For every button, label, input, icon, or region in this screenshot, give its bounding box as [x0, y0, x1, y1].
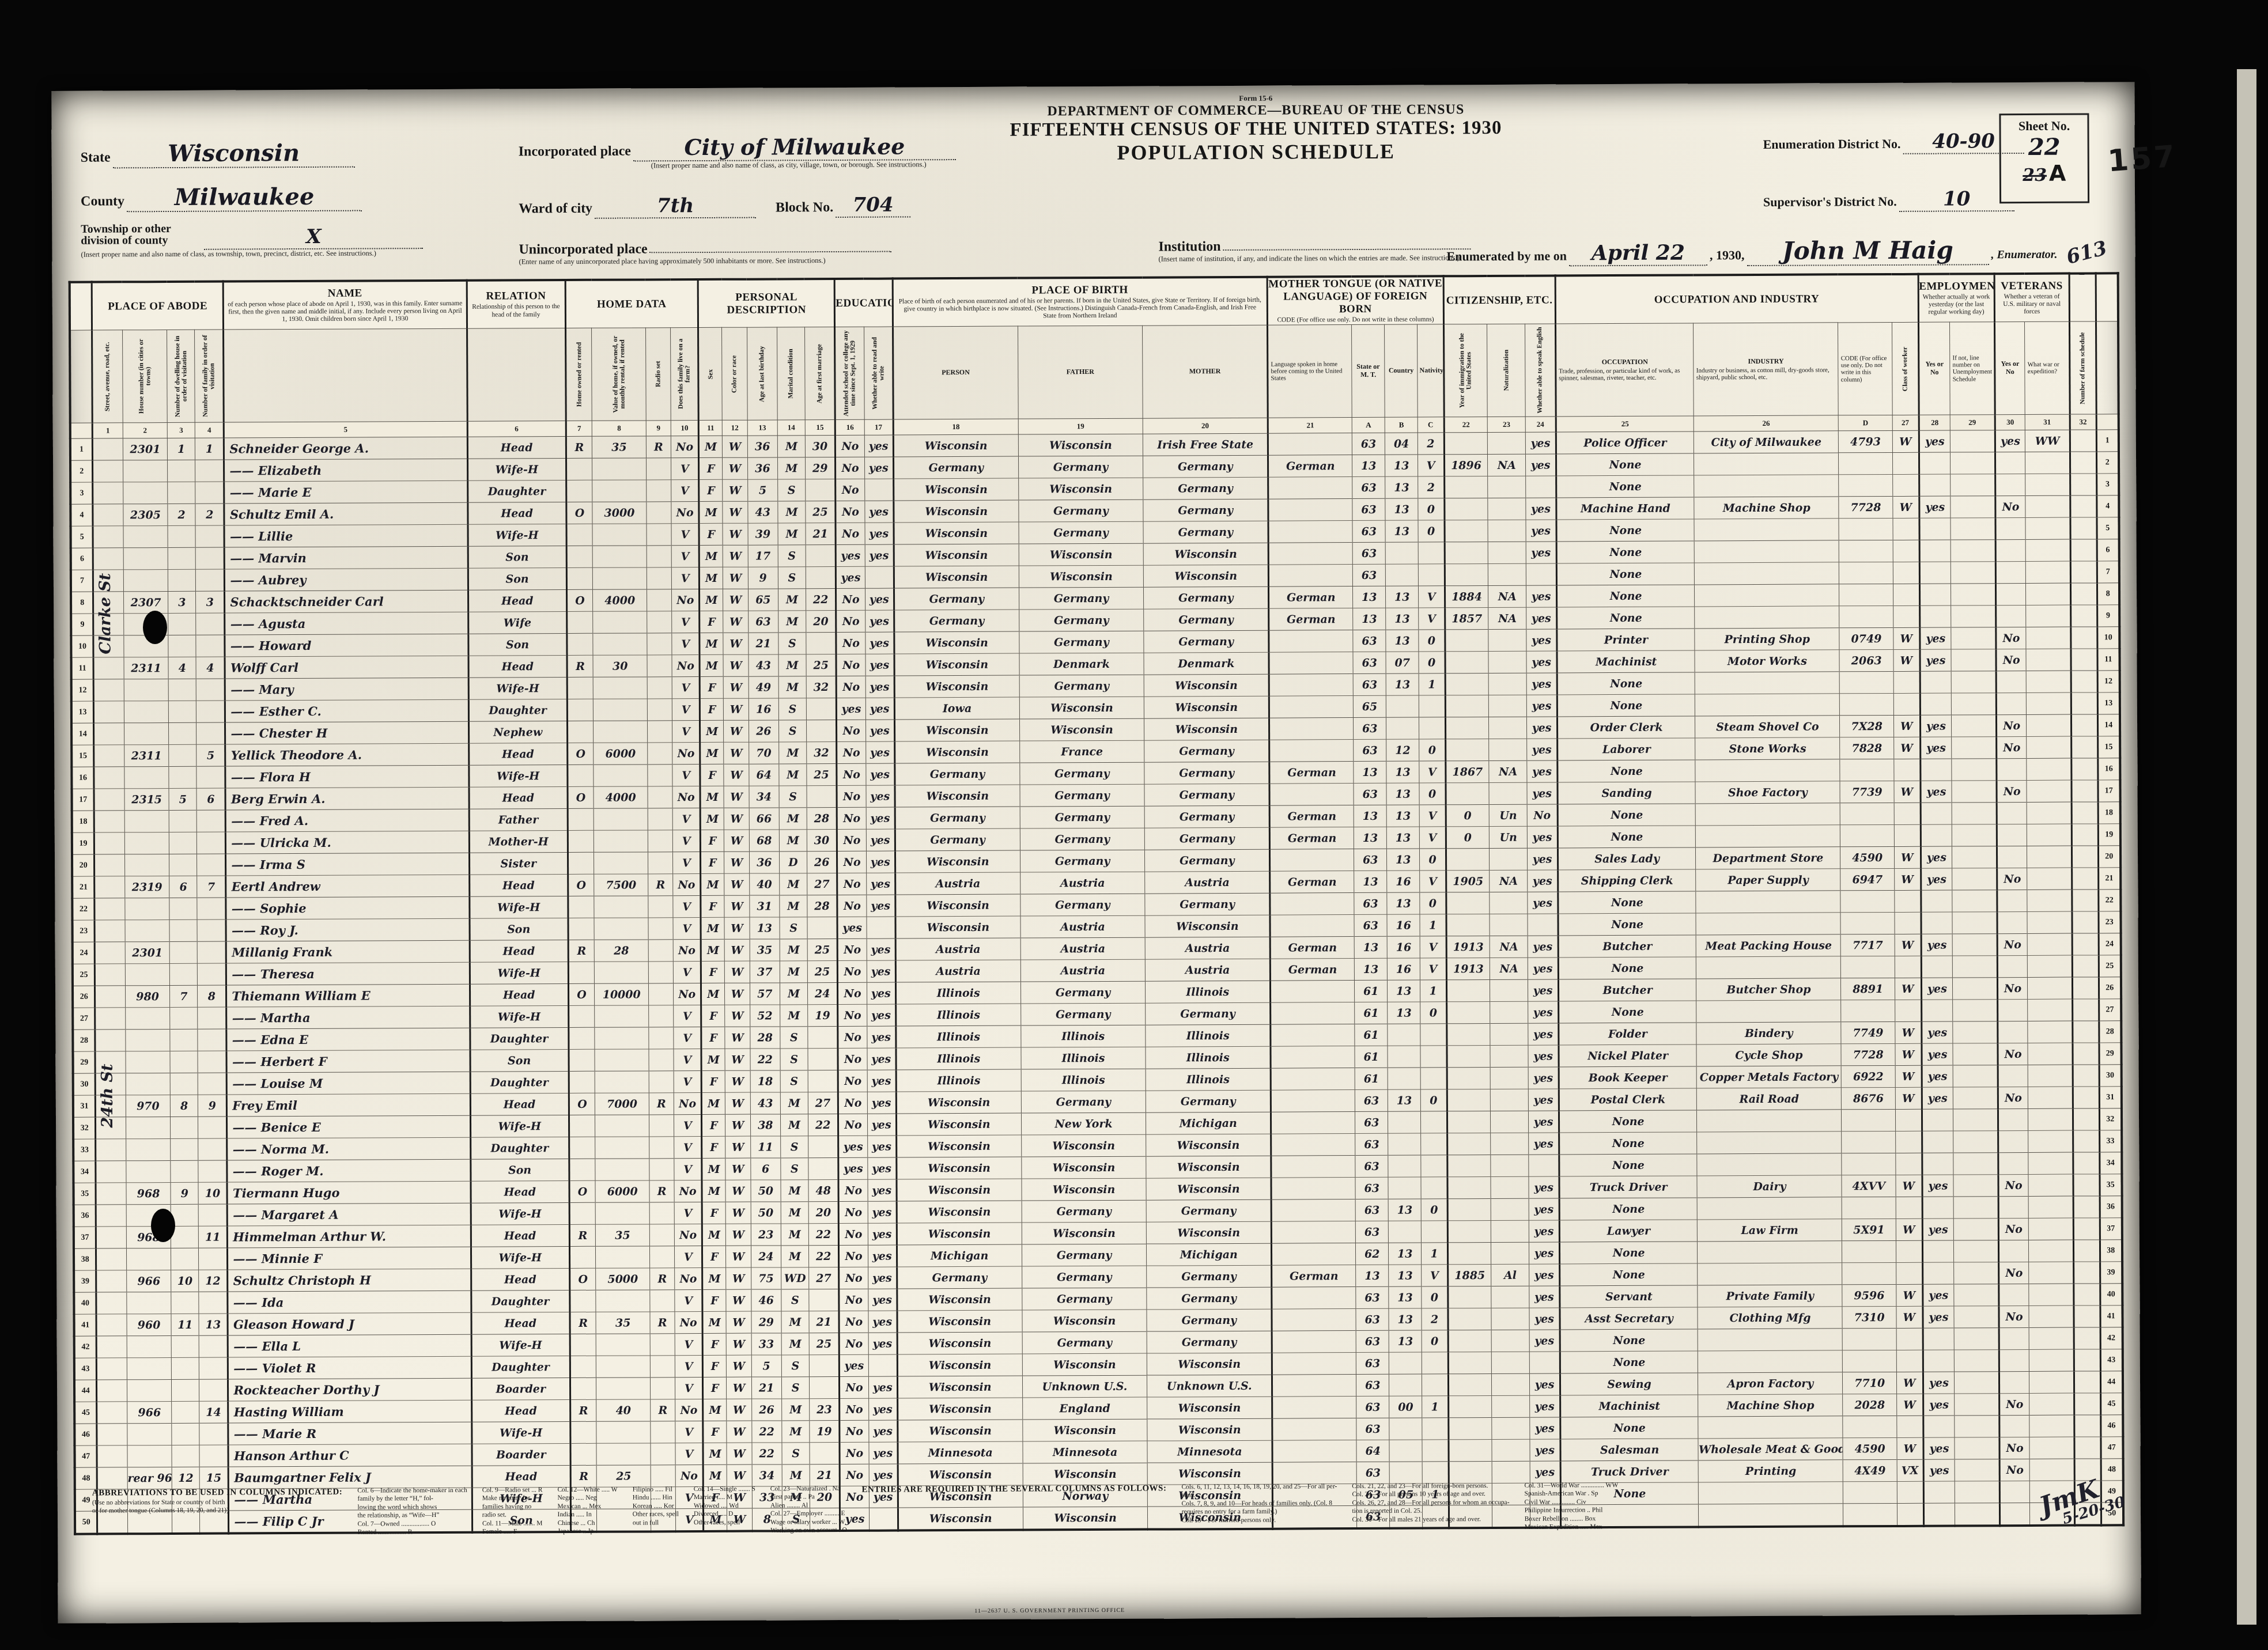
cell: W: [725, 983, 750, 1005]
cell: 13: [1385, 520, 1418, 542]
cell: [1893, 518, 1919, 540]
cell: [126, 1117, 171, 1139]
cell: No: [1997, 868, 2027, 890]
line-number-cell: 37: [74, 1227, 96, 1248]
cell: 2: [1418, 433, 1445, 455]
cell: [1923, 1350, 1955, 1372]
cell: 8: [171, 1095, 198, 1117]
cell: W: [724, 786, 749, 808]
cell: [1922, 1240, 1954, 1262]
column-number: 26: [1694, 415, 1839, 432]
column-number: 32: [2070, 414, 2096, 430]
cell: W: [725, 1092, 751, 1114]
cell: 12: [199, 1270, 228, 1292]
cell: Germany: [1022, 1244, 1147, 1266]
line-number-cell: 20: [72, 854, 94, 876]
cell: Daughter: [467, 480, 566, 503]
cell: [97, 1358, 127, 1380]
cell: [1997, 956, 2028, 978]
column-header: Attended school or college any time sinc…: [835, 327, 864, 419]
cell: [595, 1137, 649, 1159]
cell: [1843, 1416, 1897, 1438]
cell: [2025, 495, 2070, 517]
cell: [1272, 1440, 1356, 1463]
cell: [1896, 1153, 1922, 1175]
gpo-imprint: 11—2637 U. S. GOVERNMENT PRINTING OFFICE: [974, 1607, 1125, 1614]
cell: [568, 765, 594, 787]
cell: [1489, 782, 1527, 804]
cell: 4: [168, 657, 196, 679]
cell: [1696, 913, 1840, 935]
cell: [1492, 1461, 1530, 1483]
cell: 1857: [1445, 608, 1488, 630]
cell: M: [700, 589, 723, 611]
cell: No: [836, 588, 865, 610]
cell: [1999, 1350, 2029, 1372]
line-number-cell: 41: [2100, 1305, 2122, 1327]
cell: —— Ida: [228, 1291, 471, 1314]
cell: Head: [467, 502, 566, 525]
cell: [124, 767, 169, 789]
cell: [1445, 564, 1488, 586]
cell: W: [727, 1464, 752, 1486]
cell: 3: [196, 591, 225, 613]
cell: 9: [171, 1183, 198, 1205]
cell: [1999, 1328, 2029, 1350]
cell: 68: [749, 830, 780, 852]
cell: —— Ulricka M.: [226, 831, 469, 854]
cell: [596, 1334, 650, 1356]
cell: 63: [1352, 521, 1385, 543]
cell: [195, 525, 224, 547]
line-number-cell: 18: [2098, 802, 2120, 824]
cell: No: [675, 1399, 703, 1421]
cell: [1951, 649, 1996, 671]
cell: [651, 1443, 676, 1465]
column-number: 29: [1950, 415, 1995, 430]
cell: [2025, 452, 2070, 474]
cell: Germany: [1144, 784, 1269, 806]
cell: yes: [865, 698, 894, 720]
cell: [1447, 1024, 1490, 1046]
cell: [1951, 562, 1996, 584]
cell: 63: [1354, 740, 1386, 762]
cell: [124, 723, 169, 745]
cell: No: [672, 743, 700, 765]
cell: [568, 918, 595, 940]
legend-line: Col. 27—Employer ......... E: [770, 1509, 847, 1518]
cell: [2074, 1284, 2100, 1305]
cell: yes: [1528, 826, 1558, 848]
cell: [647, 721, 672, 743]
cell: W: [724, 720, 749, 742]
cell: Germany: [1147, 1265, 1272, 1288]
cell: M: [780, 961, 807, 983]
cell: [647, 677, 672, 699]
cell: F: [701, 962, 724, 983]
cell: [1840, 913, 1895, 934]
cell: [650, 1334, 675, 1356]
enumeration-district-label: Enumeration District No.: [1763, 137, 1901, 152]
cell: Al: [1491, 1264, 1529, 1286]
supervisor-district-field: Supervisor's District No. 10: [1763, 187, 2014, 213]
cell: Wisconsin: [1147, 1397, 1272, 1419]
cell: [595, 1005, 649, 1027]
cell: [1952, 868, 1997, 890]
cell: [1842, 1153, 1896, 1175]
line-number-cell: 37: [2100, 1218, 2122, 1240]
cell: 23: [810, 1399, 840, 1421]
cell: 13: [1386, 761, 1419, 783]
cell: [1894, 824, 1921, 846]
cell: [1895, 1000, 1922, 1021]
cell: V: [1419, 805, 1446, 827]
cell: 13: [1354, 959, 1387, 981]
cell: R: [649, 1093, 674, 1115]
cell: [2073, 1087, 2099, 1108]
line-number-cell: 35: [73, 1183, 96, 1205]
cell: 6000: [594, 743, 648, 765]
cell: NA: [1488, 607, 1526, 629]
cell: yes: [866, 895, 895, 917]
cell: 2315: [124, 789, 169, 811]
cell: [569, 1050, 595, 1072]
cell: [2029, 1393, 2074, 1415]
cell: [1697, 1110, 1842, 1132]
cell: M: [782, 1399, 810, 1421]
cell: [648, 830, 673, 852]
cell: [1954, 1262, 1999, 1284]
cell: 2: [168, 504, 195, 526]
cell: [197, 919, 226, 941]
cell: O: [569, 1181, 596, 1203]
cell: [169, 701, 196, 723]
cell: —— Martha: [226, 1006, 470, 1029]
column-number: 17: [864, 419, 893, 435]
cell: [2070, 583, 2097, 605]
cell: yes: [865, 588, 894, 610]
cell: [1445, 717, 1488, 739]
cell: 1: [1419, 673, 1445, 695]
cell: [1491, 1111, 1529, 1133]
cell: [595, 1049, 649, 1071]
cell: [1895, 956, 1921, 978]
page-stamp: 157: [2107, 139, 2179, 179]
column-number: 13: [747, 420, 778, 436]
cell: Mother-H: [469, 831, 568, 853]
cell: 28: [807, 808, 837, 830]
cell: [593, 633, 647, 655]
cell: M: [701, 918, 724, 940]
cell: [199, 1248, 228, 1270]
cell: Illinois: [1146, 1024, 1271, 1047]
cell: [1698, 1416, 1843, 1439]
cell: No: [671, 436, 699, 458]
legend-line: Col. 11—Male ....... M: [482, 1519, 543, 1528]
cell: Eertl Andrew: [226, 875, 469, 898]
cell: [809, 1377, 840, 1399]
line-number-cell: 38: [74, 1248, 96, 1270]
enumeration-date: April 22: [1592, 241, 1685, 266]
cell: V: [675, 1443, 703, 1465]
line-number-cell: 30: [73, 1073, 96, 1095]
cell: Germany: [1022, 1288, 1147, 1310]
cell: yes: [864, 501, 893, 523]
legend-title: ABBREVIATIONS TO BE USED IN COLUMNS INDI…: [92, 1487, 343, 1499]
column-header: Naturalization: [1487, 324, 1526, 417]
cell: [1919, 474, 1951, 496]
cell: No: [1996, 649, 2027, 671]
cell: yes: [1530, 1439, 1560, 1461]
cell: 16: [1387, 914, 1420, 936]
line-number-cell: 30: [2099, 1065, 2122, 1087]
cell: [2072, 780, 2098, 802]
cell: yes: [1530, 1395, 1560, 1417]
cell: 40: [596, 1399, 651, 1421]
cell: O: [567, 743, 594, 765]
cell: yes: [1923, 1437, 1955, 1459]
cell: No: [1996, 737, 2027, 759]
legend-line: Boxer Rebellion ........ Box: [1525, 1515, 1619, 1523]
cell: 32: [806, 676, 837, 698]
cell: yes: [1528, 979, 1559, 1001]
cell: [1695, 562, 1839, 585]
cell: 968: [126, 1183, 171, 1205]
cell: No: [673, 940, 701, 962]
cell: [199, 1357, 228, 1379]
cell: 16: [1387, 958, 1420, 980]
cell: [1951, 496, 1995, 518]
cell: Daughter: [470, 1137, 569, 1160]
cell: [172, 1380, 199, 1402]
line-number-cell: 13: [71, 701, 94, 723]
cell: Wisconsin: [1147, 1418, 1272, 1441]
cell: Austria: [1020, 937, 1146, 960]
cell: [198, 1073, 226, 1095]
cell: yes: [867, 1026, 895, 1048]
cell: [197, 832, 226, 854]
cell: F: [702, 1290, 726, 1312]
legend-line: Wage or salary worker ... W: [770, 1517, 847, 1526]
cell: [170, 1008, 198, 1030]
cell: Shoe Factory: [1695, 781, 1840, 804]
cell: M: [700, 721, 724, 743]
cell: [2028, 999, 2073, 1021]
line-number-cell: 13: [2097, 692, 2120, 714]
cell: Illinois: [896, 1069, 1021, 1092]
legend-line: Hindu ...... Hin: [633, 1494, 679, 1503]
cell: yes: [1923, 1459, 1955, 1481]
cell: [649, 1071, 674, 1093]
cell: Germany: [1020, 784, 1145, 807]
cell: yes: [868, 1311, 897, 1333]
cell: [1421, 1221, 1447, 1243]
column-header: Home owned or rented: [565, 328, 592, 421]
cell: 35: [750, 939, 780, 961]
cell: [168, 548, 196, 570]
line-number-cell: 25: [73, 964, 95, 986]
cell: Wisconsin: [894, 500, 1019, 523]
column-number: 4: [195, 422, 224, 438]
cell: [649, 1159, 675, 1180]
column-number: 12: [722, 420, 747, 436]
cell: Illinois: [1021, 1047, 1146, 1069]
cell: 0: [1418, 520, 1445, 542]
column-header: OCCUPATIONTrade, profession, or particul…: [1555, 323, 1694, 417]
cell: —— Sophie: [226, 896, 469, 919]
line-number-cell: 46: [2100, 1415, 2123, 1437]
cell: Boarder: [471, 1378, 570, 1401]
cell: 35: [596, 1224, 650, 1246]
cell: 33: [751, 1333, 782, 1355]
cell: S: [780, 1027, 808, 1049]
cell: [1839, 562, 1893, 584]
cell: —— Agusta: [225, 612, 468, 635]
cell: [93, 438, 123, 460]
cell: Wisconsin: [893, 478, 1018, 501]
cell: [123, 460, 168, 482]
sheet-header: State Wisconsin County Milwaukee Townshi…: [74, 90, 2118, 277]
cell: [196, 613, 225, 635]
cell: [651, 1465, 676, 1487]
cell: F: [701, 1027, 725, 1049]
cell: [570, 1334, 596, 1356]
cell: [2072, 955, 2099, 977]
cell: M: [779, 808, 807, 830]
cell: [1272, 1462, 1356, 1485]
cell: Germany: [893, 456, 1018, 479]
cell: [199, 1335, 228, 1357]
cell: yes: [1919, 649, 1951, 671]
cell: [1389, 1462, 1422, 1484]
cell: [1998, 1197, 2029, 1218]
cell: [1388, 1068, 1420, 1089]
cell: yes: [1529, 1089, 1559, 1111]
cell: [1448, 1286, 1491, 1308]
cell: 18: [750, 1070, 781, 1092]
cell: F: [700, 765, 724, 786]
cell: 1913: [1446, 958, 1490, 980]
line-number-cell: 32: [2099, 1108, 2122, 1130]
cell: yes: [1526, 432, 1556, 454]
cell: [2072, 758, 2098, 780]
cell: [199, 1445, 228, 1467]
cell: No: [837, 829, 866, 851]
cell: Wisconsin: [1144, 674, 1269, 697]
cell: [647, 524, 672, 546]
cell: [2074, 1393, 2101, 1415]
cell: 13: [1385, 498, 1418, 520]
cell: [2026, 649, 2071, 671]
cell: V: [674, 1071, 701, 1093]
cell: [594, 830, 648, 852]
line-number-cell: 24: [73, 942, 95, 964]
cell: 21: [751, 1377, 782, 1399]
cell: [2027, 780, 2072, 802]
cell: WW: [2025, 430, 2070, 452]
cell: [593, 546, 647, 567]
cell: Police Officer: [1556, 432, 1694, 454]
cell: [169, 942, 197, 964]
cell: 24: [751, 1246, 781, 1267]
cell: Unknown U.S.: [1022, 1375, 1147, 1398]
column-header: House number (in cities or towns): [122, 330, 167, 423]
cell: R: [567, 656, 594, 678]
column-header: Yes or No: [1994, 322, 2025, 415]
cell: Wisconsin: [894, 653, 1019, 676]
cell: No: [838, 1070, 867, 1092]
cell: M: [782, 1421, 810, 1443]
legend-line: Indian ..... In: [558, 1511, 618, 1519]
column-header: [2096, 321, 2119, 414]
cell: 16: [1387, 936, 1420, 958]
cell: [595, 1071, 649, 1093]
cell: Austria: [1145, 937, 1270, 959]
cell: 63: [1355, 1090, 1388, 1112]
cell: Wisconsin: [897, 1179, 1022, 1201]
cell: F: [701, 896, 724, 918]
cell: W: [725, 1027, 750, 1049]
cell: [569, 1072, 595, 1093]
column-group: PLACE OF ABODE: [92, 282, 224, 331]
cell: No: [836, 435, 864, 457]
cell: [170, 964, 198, 986]
cell: [570, 1422, 597, 1444]
cell: [1271, 1199, 1355, 1222]
cell: 63: [1354, 893, 1387, 915]
cell: [647, 655, 672, 677]
cell: R: [569, 1225, 596, 1247]
cell: [172, 1358, 199, 1380]
line-number-cell: 23: [72, 920, 94, 942]
cell: V: [1420, 936, 1446, 958]
cell: [2074, 1437, 2101, 1459]
institution-field: Institution (Insert name of institution,…: [1158, 238, 1471, 263]
line-number-cell: 28: [73, 1030, 95, 1051]
cell: F: [701, 852, 724, 874]
cell: [1271, 1156, 1355, 1178]
cell: [1921, 956, 1953, 978]
cell: [1697, 1197, 1842, 1220]
line-number-cell: 2: [70, 460, 93, 482]
cell: Truck Driver: [1559, 1176, 1698, 1198]
cell: [649, 1202, 675, 1224]
cell: yes: [1528, 958, 1559, 979]
cell: [1491, 1330, 1529, 1352]
cell: 13: [1389, 1308, 1422, 1330]
cell: [1491, 1155, 1529, 1176]
cell: [1997, 759, 2027, 781]
cell: [2027, 692, 2072, 714]
cell: M: [699, 502, 723, 524]
line-number-cell: 43: [74, 1358, 97, 1380]
cell: [649, 1115, 674, 1137]
cell: [810, 1443, 840, 1464]
cell: V: [674, 1115, 702, 1137]
line-number-cell: 31: [73, 1095, 96, 1117]
column-number: 23: [1487, 417, 1525, 432]
sheet-number-label: Sheet No.: [2001, 118, 2087, 134]
cell: Wisconsin: [895, 785, 1020, 807]
cell: Germany: [1145, 827, 1270, 850]
cell: W: [724, 698, 749, 720]
cell: [570, 1291, 596, 1312]
ward-value: 7th: [657, 194, 694, 217]
cell: 2307: [123, 592, 168, 614]
cell: [1997, 824, 2027, 846]
enumeration-year: , 1930,: [1710, 248, 1745, 262]
cell: —— Marie E: [224, 480, 467, 504]
